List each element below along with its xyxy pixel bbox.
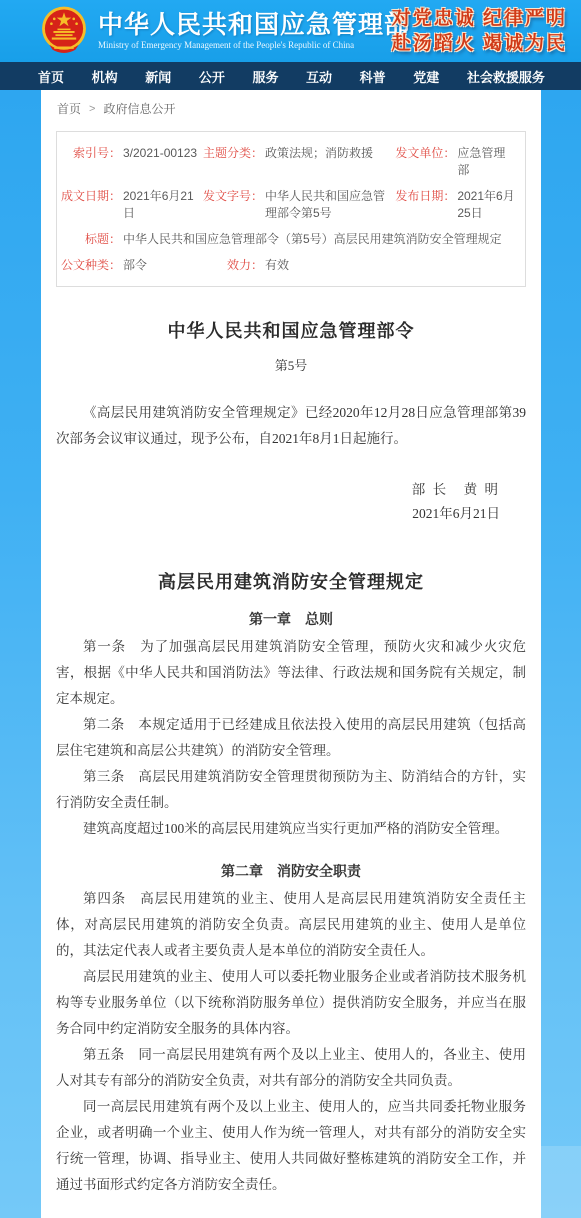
article-4-paragraph-2: 高层民用建筑的业主、使用人可以委托物业服务企业或者消防技术服务机构等专业服务单位…	[56, 964, 526, 1042]
meta-value: 中华人民共和国应急管理部令（第5号）高层民用建筑消防安全管理规定	[121, 231, 502, 248]
preamble-paragraph: 《高层民用建筑消防安全管理规定》已经2020年12月28日应急管理部第39次部务…	[56, 400, 526, 452]
meta-field-issuing-unit: 发文单位： 应急管理部	[391, 145, 515, 179]
ministry-name-en: Ministry of Emergency Management of the …	[98, 39, 392, 51]
order-number: 第5号	[56, 355, 526, 374]
meta-label: 主题分类：	[199, 145, 263, 179]
meta-field-doc-type: 公文种类： 部令	[57, 257, 199, 274]
breadcrumb: 首页 > 政府信息公开	[41, 90, 541, 125]
meta-field-category: 主题分类： 政策法规；消防救援	[199, 145, 391, 179]
meta-label: 成文日期：	[57, 188, 121, 222]
nav-item-disclosure[interactable]: 公开	[199, 67, 225, 86]
meta-value: 有效	[263, 257, 289, 274]
floating-widget[interactable]	[540, 1146, 581, 1218]
meta-value: 中华人民共和国应急管理部令第5号	[263, 188, 391, 222]
nav-item-orgs[interactable]: 机构	[92, 67, 118, 86]
meta-label: 发文单位：	[391, 145, 455, 179]
meta-label: 公文种类：	[57, 257, 121, 274]
nav-item-social-rescue[interactable]: 社会救援服务	[467, 67, 545, 86]
meta-value: 3/2021-00123	[121, 145, 197, 179]
nav-item-services[interactable]: 服务	[252, 67, 278, 86]
article-5: 第五条 同一高层民用建筑有两个及以上业主、使用人的，各业主、使用人对其专有部分的…	[56, 1042, 526, 1094]
meta-value: 部令	[121, 257, 147, 274]
meta-label: 发布日期：	[391, 188, 455, 222]
breadcrumb-separator: >	[89, 103, 95, 115]
article-5-paragraph-2: 同一高层民用建筑有两个及以上业主、使用人的，应当共同委托物业服务企业，或者明确一…	[56, 1094, 526, 1198]
slogan-banner: 对党忠诚 纪律严明 赴汤蹈火 竭诚为民	[392, 6, 571, 56]
meta-label: 效力：	[199, 257, 263, 274]
meta-field-publish-date: 发布日期： 2021年6月25日	[391, 188, 515, 222]
article-3: 第三条 高层民用建筑消防安全管理贯彻预防为主、防消结合的方针，实行消防安全责任制…	[56, 764, 526, 816]
meta-label: 发文字号：	[199, 188, 263, 222]
article-3-paragraph-2: 建筑高度超过100米的高层民用建筑应当实行更加严格的消防安全管理。	[56, 816, 526, 842]
nav-item-interaction[interactable]: 互动	[306, 67, 332, 86]
meta-value: 政策法规；消防救援	[263, 145, 373, 179]
meta-field-index: 索引号： 3/2021-00123	[57, 145, 199, 179]
breadcrumb-home-link[interactable]: 首页	[57, 100, 81, 117]
meta-value: 2021年6月21日	[121, 188, 199, 222]
sign-date: 2021年6月21日	[56, 502, 500, 526]
document-meta-table: 索引号： 3/2021-00123 主题分类： 政策法规；消防救援 发文单位： …	[56, 131, 526, 287]
meta-label: 索引号：	[57, 145, 121, 179]
meta-field-doc-number: 发文字号： 中华人民共和国应急管理部令第5号	[199, 188, 391, 222]
slogan-line-2: 赴汤蹈火 竭诚为民	[392, 31, 567, 56]
slogan-line-1: 对党忠诚 纪律严明	[392, 6, 567, 31]
nav-item-news[interactable]: 新闻	[145, 67, 171, 86]
order-title: 中华人民共和国应急管理部令	[56, 317, 526, 343]
meta-value: 应急管理部	[455, 145, 515, 179]
meta-field-title: 标题： 中华人民共和国应急管理部令（第5号）高层民用建筑消防安全管理规定	[57, 231, 515, 248]
ministry-title-block: 中华人民共和国应急管理部 Ministry of Emergency Manag…	[98, 11, 392, 51]
signature-block: 部 长 黄 明 2021年6月21日	[56, 478, 526, 526]
nav-item-party[interactable]: 党建	[413, 67, 439, 86]
meta-value: 2021年6月25日	[455, 188, 515, 222]
national-emblem-icon	[38, 4, 90, 58]
meta-field-written-date: 成文日期： 2021年6月21日	[57, 188, 199, 222]
meta-label: 标题：	[57, 231, 121, 248]
site-header: 中华人民共和国应急管理部 Ministry of Emergency Manag…	[0, 0, 581, 62]
chapter-2-heading: 第二章 消防安全职责	[56, 860, 526, 886]
nav-item-home[interactable]: 首页	[38, 67, 64, 86]
breadcrumb-current-link[interactable]: 政府信息公开	[103, 100, 175, 117]
signer-name: 部 长 黄 明	[56, 478, 500, 502]
main-nav: 首页 机构 新闻 公开 服务 互动 科普 党建 社会救援服务	[0, 62, 581, 90]
meta-field-validity: 效力： 有效	[199, 257, 391, 274]
content-card: 首页 > 政府信息公开 索引号： 3/2021-00123 主题分类： 政策法规…	[41, 90, 541, 1218]
ministry-name: 中华人民共和国应急管理部	[98, 11, 392, 39]
regulation-title: 高层民用建筑消防安全管理规定	[56, 568, 526, 594]
document-body: 中华人民共和国应急管理部令 第5号 《高层民用建筑消防安全管理规定》已经2020…	[41, 317, 541, 1198]
nav-item-science[interactable]: 科普	[360, 67, 386, 86]
article-1: 第一条 为了加强高层民用建筑消防安全管理，预防火灾和减少火灾危害，根据《中华人民…	[56, 634, 526, 712]
chapter-1-heading: 第一章 总则	[56, 608, 526, 634]
article-4: 第四条 高层民用建筑的业主、使用人是高层民用建筑消防安全责任主体，对高层民用建筑…	[56, 886, 526, 964]
article-2: 第二条 本规定适用于已经建成且依法投入使用的高层民用建筑（包括高层住宅建筑和高层…	[56, 712, 526, 764]
